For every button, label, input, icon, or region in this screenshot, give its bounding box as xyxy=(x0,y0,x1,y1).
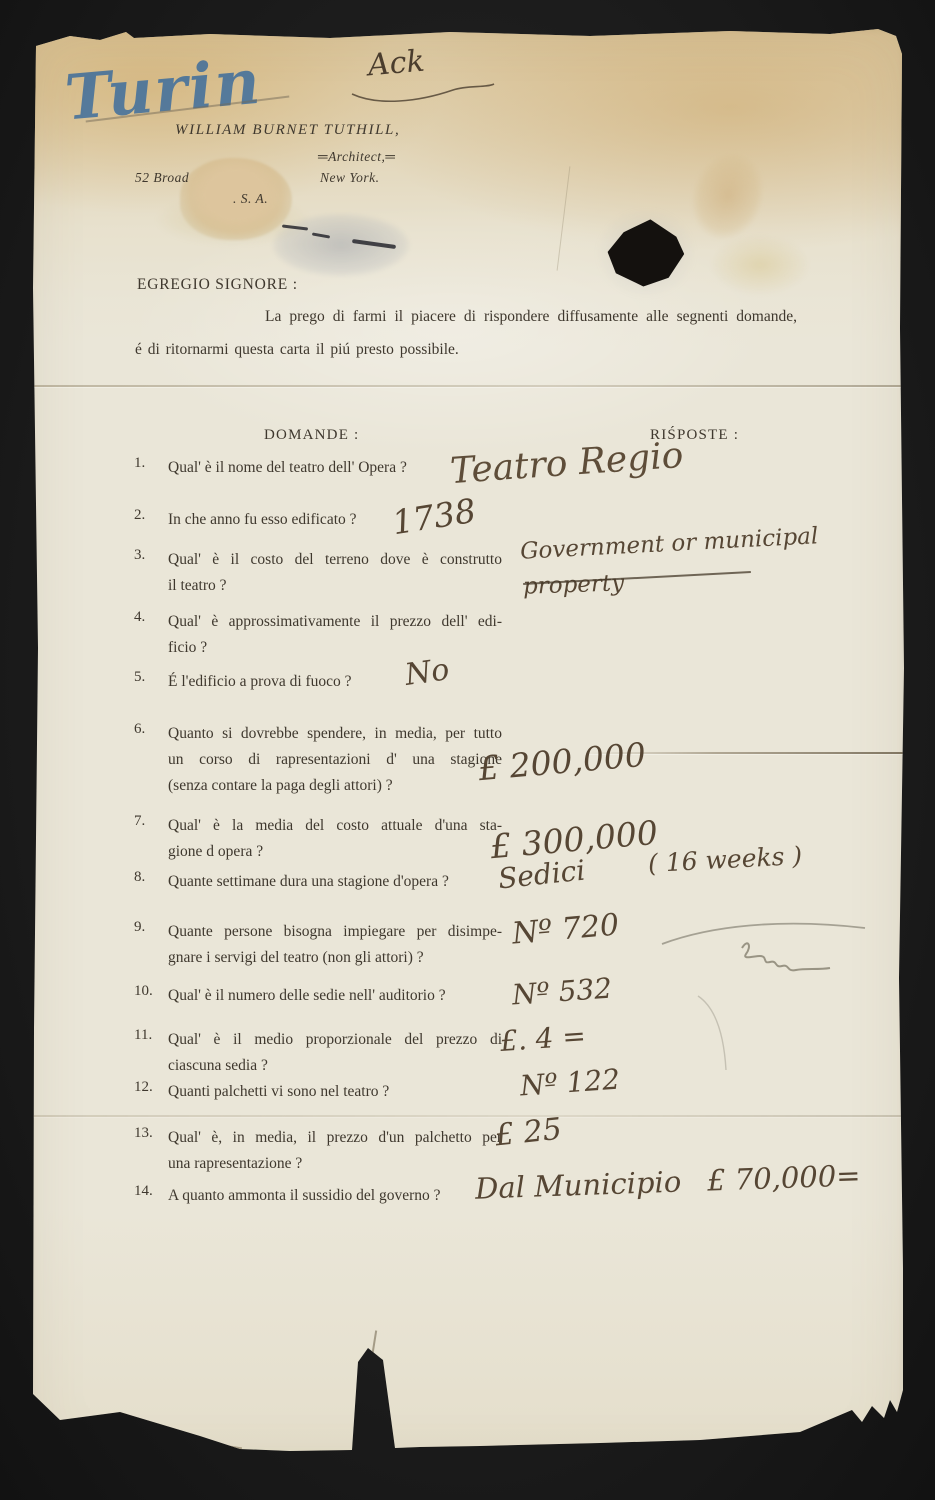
question-row: 10. Qual' è il numero delle sedie nell' … xyxy=(134,983,502,1009)
question-number: 2. xyxy=(134,507,145,524)
question-number: 6. xyxy=(134,721,145,738)
question-text: É l'edificio a prova di fuoco ? xyxy=(168,669,502,695)
ack-underline-flourish xyxy=(348,80,498,110)
question-number: 10. xyxy=(134,983,153,1000)
question-row: 1. Qual' è il nome del teatro dell' Oper… xyxy=(134,455,502,481)
handwritten-answer-14: Dal Municipio£ 70,000= xyxy=(475,1158,862,1205)
handwritten-answer-8-note: ( 16 weeks ) xyxy=(647,841,802,878)
question-row: 8. Quante settimane dura una stagione d'… xyxy=(134,869,502,895)
question-text: Qual' è il costo del terreno dove è cons… xyxy=(168,547,502,573)
handwritten-answer-3: Government or municipal xyxy=(520,523,819,565)
handwritten-answer-14-amount: £ 70,000= xyxy=(707,1158,862,1197)
top-right-stain-2 xyxy=(712,236,808,294)
handwritten-answer-14-source: Dal Municipio xyxy=(475,1165,682,1206)
handwritten-answer-13: £ 25 xyxy=(493,1112,563,1154)
question-row: 9. Quante persone bisogna impiegare per … xyxy=(134,919,502,971)
question-row: 14. A quanto ammonta il sussidio del gov… xyxy=(134,1183,502,1209)
fold-line-bottom-left xyxy=(26,1417,242,1449)
handwritten-answer-9: Nº 720 xyxy=(511,907,621,951)
question-text: ficio ? xyxy=(168,635,502,661)
ack-note: Ack xyxy=(367,44,426,84)
fold-line xyxy=(30,1115,905,1117)
letter-body-line: La prego di farmi il piacere di risponde… xyxy=(265,308,797,326)
question-row: 6. Quanto si dovrebbe spendere, in media… xyxy=(134,721,502,799)
question-text: Quante settimane dura una stagione d'ope… xyxy=(168,869,502,895)
handwritten-answer-10: Nº 532 xyxy=(511,972,613,1012)
question-text: Qual' è la media del costo attuale d'una… xyxy=(168,813,502,839)
question-text: Qual' è, in media, il prezzo d'un palche… xyxy=(168,1125,502,1151)
question-number: 14. xyxy=(134,1183,153,1200)
letter-body-line: é di ritornarmi questa carta il piú pres… xyxy=(135,341,459,359)
handwritten-answer-5: No xyxy=(403,652,452,693)
question-text: una rapresentazione ? xyxy=(168,1151,502,1177)
question-text: (senza contare la paga degli attori) ? xyxy=(168,773,502,799)
question-number: 3. xyxy=(134,547,145,564)
question-number: 4. xyxy=(134,609,145,626)
letterhead-city: New York. xyxy=(320,170,380,186)
letter-paper: Turin Ack WILLIAM BURNET TUTHILL, ═Archi… xyxy=(30,28,905,1468)
question-row: 3. Qual' è il costo del terreno dove è c… xyxy=(134,547,502,599)
question-text: Quanto si dovrebbe spendere, in media, p… xyxy=(168,721,502,747)
question-text: Qual' è approssimativamente il prezzo de… xyxy=(168,609,502,635)
question-number: 1. xyxy=(134,455,145,472)
question-text: A quanto ammonta il sussidio del governo… xyxy=(168,1183,502,1209)
handwritten-answer-1: Teatro Regio xyxy=(449,435,685,492)
question-row: 11. Qual' è il medio proporzionale del p… xyxy=(134,1027,502,1079)
question-number: 13. xyxy=(134,1125,153,1142)
question-row: 12. Quanti palchetti vi sono nel teatro … xyxy=(134,1079,502,1105)
question-number: 11. xyxy=(134,1027,152,1044)
letterhead-address: 52 Broad xyxy=(135,170,189,186)
question-text: ciascuna sedia ? xyxy=(168,1053,502,1079)
question-text: Quante persone bisogna impiegare per dis… xyxy=(168,919,502,945)
handwritten-answer-3b: property xyxy=(523,570,625,600)
question-text: Qual' è il medio proporzionale del prezz… xyxy=(168,1027,502,1053)
question-text: Qual' è il numero delle sedie nell' audi… xyxy=(168,983,502,1009)
question-number: 7. xyxy=(134,813,145,830)
question-number: 12. xyxy=(134,1079,153,1096)
letterhead-address-fragment: . S. A. xyxy=(233,191,268,207)
handwritten-answer-12: Nº 122 xyxy=(519,1063,621,1103)
question-text: Quanti palchetti vi sono nel teatro ? xyxy=(168,1079,502,1105)
scanned-document-photo: { "colors": { "mat_background": "#1d1d1d… xyxy=(0,0,935,1500)
question-number: 8. xyxy=(134,869,145,886)
handwritten-answer-2: 1738 xyxy=(389,491,478,543)
paper-crack xyxy=(361,1330,377,1421)
pencil-scribble xyxy=(650,908,890,1088)
question-text: un corso di rapresentazioni d' una stagi… xyxy=(168,747,502,773)
question-text: il teatro ? xyxy=(168,573,502,599)
question-row: 13. Qual' è, in media, il prezzo d'un pa… xyxy=(134,1125,502,1177)
question-text: gnare i servigi del teatro (non gli atto… xyxy=(168,945,502,971)
handwritten-answer-11: £. 4 = xyxy=(499,1019,587,1058)
question-number: 9. xyxy=(134,919,145,936)
paper-wrinkle xyxy=(557,166,571,270)
question-number: 5. xyxy=(134,669,145,686)
fold-line xyxy=(30,385,905,387)
salutation: EGREGIO SIGNORE : xyxy=(137,276,298,294)
handwritten-answer-6: £ 200,000 xyxy=(477,735,648,788)
questions-column-header: DOMANDE : xyxy=(264,427,359,444)
question-row: 7. Qual' è la media del costo attuale d'… xyxy=(134,813,502,865)
question-text: gione d opera ? xyxy=(168,839,502,865)
letterhead-role: ═Architect,═ xyxy=(318,149,395,165)
letterhead-name: WILLIAM BURNET TUTHILL, xyxy=(175,122,400,139)
